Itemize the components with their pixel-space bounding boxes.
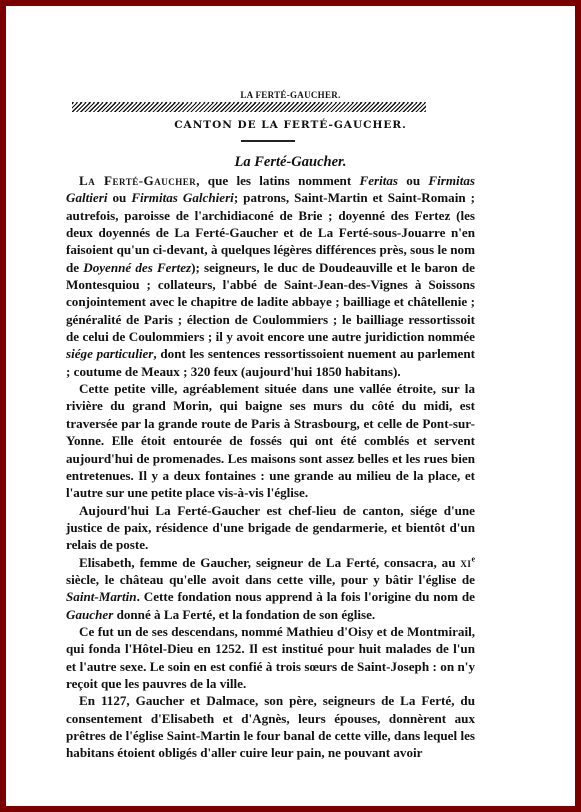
text-run: siècle, le château qu'elle avoit dans ce… <box>66 572 475 587</box>
short-divider <box>241 140 295 142</box>
text-run: Saint-Martin <box>66 589 137 604</box>
text-run: Feritas <box>359 173 398 188</box>
paragraph: La Ferté-Gaucher, que les latins nomment… <box>66 172 475 380</box>
paragraph: Aujourd'hui La Ferté-Gaucher est chef-li… <box>66 502 475 554</box>
text-run: ou <box>107 190 131 205</box>
section-title: La Ferté-Gaucher. <box>6 154 575 171</box>
text-run: siége particulier <box>66 346 153 361</box>
body-text: La Ferté-Gaucher, que les latins nomment… <box>66 172 475 762</box>
text-run: Doyenné des Fertez <box>83 260 191 275</box>
text-run: Elisabeth, femme de Gaucher, seigneur de… <box>79 555 460 570</box>
text-run: Gaucher <box>66 607 113 622</box>
text-run: Aujourd'hui La Ferté-Gaucher est chef-li… <box>66 503 475 553</box>
text-run: La Ferté-Gaucher <box>79 173 196 188</box>
text-run: ou <box>398 173 428 188</box>
paragraph: Ce fut un de ses descendans, nommé Mathi… <box>66 623 475 692</box>
paragraph: Cette petite ville, agréablement située … <box>66 380 475 501</box>
paragraph: Elisabeth, femme de Gaucher, seigneur de… <box>66 554 475 623</box>
book-page: LA FERTÉ-GAUCHER. CANTON DE LA FERTÉ-GAU… <box>6 6 575 806</box>
text-run: xi <box>460 555 471 570</box>
running-head: LA FERTÉ-GAUCHER. <box>6 90 575 100</box>
paragraph: En 1127, Gaucher et Dalmace, son père, s… <box>66 692 475 761</box>
text-run: , que les latins nomment <box>196 173 359 188</box>
text-run: En 1127, Gaucher et Dalmace, son père, s… <box>66 693 475 760</box>
text-run: Firmitas Galchieri <box>131 190 234 205</box>
canton-title: CANTON DE LA FERTÉ-GAUCHER. <box>6 119 575 131</box>
text-run: e <box>471 554 475 563</box>
text-run: Cette petite ville, agréablement située … <box>66 381 475 500</box>
text-run: . Cette fondation nous apprend à la fois… <box>137 589 475 604</box>
text-run: donné à La Ferté, et la fondation de son… <box>113 607 375 622</box>
text-run: Ce fut un de ses descendans, nommé Mathi… <box>66 624 475 691</box>
ornamental-rule <box>72 102 426 112</box>
